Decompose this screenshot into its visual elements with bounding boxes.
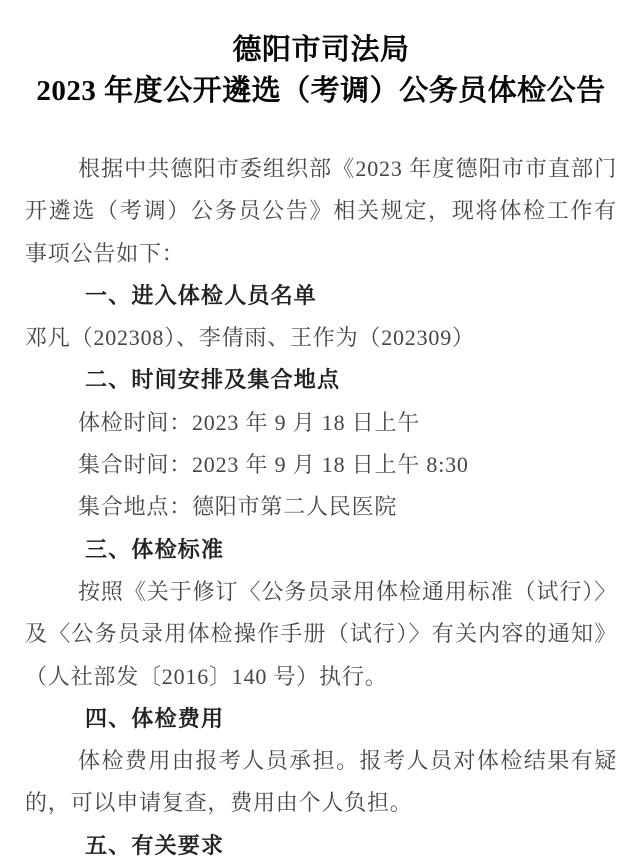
standard-paragraph-line-3: （人社部发〔2016〕140 号）执行。 <box>25 656 617 698</box>
section-3-heading: 三、体检标准 <box>25 529 617 571</box>
intro-paragraph-line-3: 事项公告如下： <box>25 233 617 275</box>
section-2-heading: 二、时间安排及集合地点 <box>25 359 617 401</box>
title-line-1: 德阳市司法局 <box>25 30 617 71</box>
assembly-time-line: 集合时间：2023 年 9 月 18 日上午 8:30 <box>25 444 617 486</box>
candidate-name-list: 邓凡（202308）、李倩雨、王作为（202309） <box>25 317 617 359</box>
title-spacer <box>25 112 617 148</box>
document-title: 德阳市司法局 2023 年度公开遴选（考调）公务员体检公告 <box>25 30 617 112</box>
section-5-heading: 五、有关要求 <box>25 825 617 864</box>
title-line-2: 2023 年度公开遴选（考调）公务员体检公告 <box>25 71 617 112</box>
assembly-place-line: 集合地点：德阳市第二人民医院 <box>25 486 617 528</box>
standard-paragraph-line-2: 及〈公务员录用体检操作手册（试行）〉有关内容的通知》 <box>25 613 617 655</box>
fee-paragraph-line-2: 的，可以申请复查，费用由个人负担。 <box>25 782 617 824</box>
document-page: 德阳市司法局 2023 年度公开遴选（考调）公务员体检公告 根据中共德阳市委组织… <box>0 0 642 864</box>
intro-paragraph-line-2: 开遴选（考调）公务员公告》相关规定，现将体检工作有关 <box>25 190 617 232</box>
standard-paragraph-line-1: 按照《关于修订〈公务员录用体检通用标准（试行）〉 <box>25 571 617 613</box>
section-1-heading: 一、进入体检人员名单 <box>25 275 617 317</box>
section-4-heading: 四、体检费用 <box>25 698 617 740</box>
intro-paragraph-line-1: 根据中共德阳市委组织部《2023 年度德阳市市直部门公 <box>25 148 617 190</box>
announcement-document: 德阳市司法局 2023 年度公开遴选（考调）公务员体检公告 根据中共德阳市委组织… <box>0 0 642 864</box>
fee-paragraph-line-1: 体检费用由报考人员承担。报考人员对体检结果有疑问 <box>25 740 617 782</box>
exam-time-line: 体检时间：2023 年 9 月 18 日上午 <box>25 402 617 444</box>
